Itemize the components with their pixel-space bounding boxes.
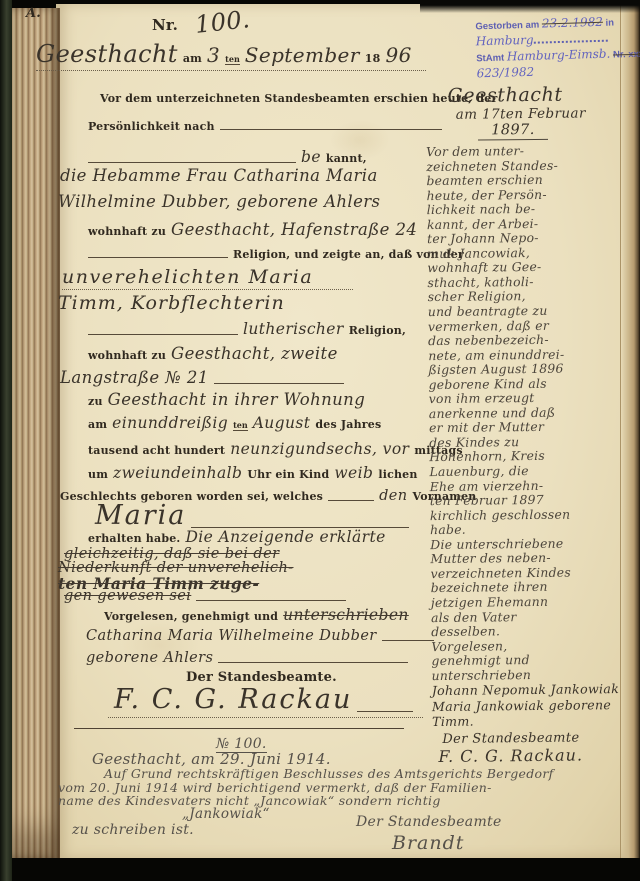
mother-signature-2: Timm. [432, 712, 638, 730]
blank-rule [357, 709, 413, 712]
hand-text: unverehelichten Maria [62, 266, 313, 288]
stamp-nr-label: Nr. xxx [613, 49, 640, 61]
hand-text: Wilhelmine Dubber, geborene Ahlers [58, 192, 380, 211]
addendum-text: zu schreiben ist. [72, 822, 194, 838]
mother-signature: Maria Jankowiak geborene [432, 697, 638, 715]
form-line-12: Langstraße № 21 [60, 368, 344, 387]
form-line-16: um zweiundeinhalb Uhr ein Kind weib lich… [88, 464, 418, 482]
hand-text: einunddreißig [112, 414, 228, 432]
addendum-official-label: Der Standesbeamte [356, 814, 502, 830]
blank-rule [382, 638, 434, 641]
page-stack-edge [10, 8, 60, 858]
stamp-dotted-rule [533, 32, 607, 44]
hand-text: weib [334, 464, 373, 482]
print-text: des Jahres [315, 418, 381, 431]
record-number: Nr. 100. [152, 8, 250, 36]
hand-text: Geesthacht, zweite [171, 344, 338, 363]
blank-rule [88, 255, 228, 258]
print-text: tausend acht hundert [88, 444, 225, 457]
top-shadow [420, 0, 640, 13]
child-name: Maria [95, 500, 186, 531]
hand-text: Geesthacht, Hafenstraße 24 [171, 220, 417, 239]
form-line-18: Maria [95, 500, 409, 531]
section-mark: A. [26, 6, 41, 21]
dateline-century: 18 [365, 52, 381, 65]
hand-text: neunzigundsechs, vor [230, 440, 409, 458]
form-line-7: Religion, und zeigte an, daß von der [88, 248, 464, 261]
print-superscript: ten [233, 420, 248, 431]
form-line-23: gen gewesen sei [64, 588, 346, 604]
blank-rule [214, 381, 344, 384]
form-line-19: erhalten habe. Die Anzeigende erklärte [88, 528, 386, 546]
print-text: erhalten habe. [88, 532, 180, 545]
margin-registrar-signature: F. C. G. Rackau. [438, 745, 638, 766]
official-label-line: Der Standesbeamte. [186, 670, 337, 685]
blank-rule [88, 160, 296, 163]
form-line-5: Wilhelmine Dubber, geborene Ahlers [58, 192, 380, 211]
form-line-11: wohnhaft zu Geesthacht, zweite [88, 344, 338, 363]
corrected-surname: „Jankowiak“ [182, 806, 270, 822]
stamp-line-3: StAmt Hamburg-Eimsb. Nr. xxx 623/1982 [476, 46, 640, 83]
addendum-signature: Brandt [392, 832, 464, 854]
struck-hand-text: gen gewesen sei [64, 588, 191, 604]
registrar-signature: F. C. G. Rackau [114, 684, 352, 715]
dateline-day-suffix: ten [225, 54, 240, 65]
margin-body: Vor dem unter-zeichneten Standes-beamten… [426, 143, 638, 683]
father-signature: Johann Nepomuk Jankowiak [432, 681, 638, 699]
margin-date: am 17ten Februar [456, 105, 632, 123]
hand-text: unterschrieben [283, 606, 409, 624]
dateline-am: am [183, 52, 202, 65]
hand-text: Timm, Korbflechterin [58, 292, 285, 314]
form-line-25: Catharina Maria Wilhelmeine Dubber [86, 628, 434, 644]
addendum-line-4: „Jankowiak“ [182, 806, 270, 822]
declarant-signature: Catharina Maria Wilhelmeine Dubber [86, 628, 377, 644]
stamp-label-gestorben: Gestorben am [475, 20, 539, 33]
form-line-9: Timm, Korbflechterin [58, 292, 285, 314]
print-text: um [88, 468, 108, 481]
hand-text: Geesthacht in ihrer Wohnung [108, 390, 366, 409]
print-text: wohnhaft zu [88, 225, 166, 238]
form-line-24: Vorgelesen, genehmigt und unterschrieben [104, 606, 409, 624]
addendum-line-1: Auf Grund rechtskräftigen Beschlusses de… [104, 766, 554, 781]
corner-mark: A. [26, 6, 41, 21]
dateline-place: Geesthacht [36, 40, 178, 68]
book-binding [0, 0, 12, 881]
form-line-3: be kannt, [88, 148, 367, 166]
form-line-6: wohnhaft zu Geesthacht, Hafenstraße 24 [88, 220, 417, 239]
margin-note-1897: Geesthacht am 17ten Februar 1897. Vor de… [425, 83, 638, 766]
print-text: wohnhaft zu [88, 349, 166, 362]
form-line-4: die Hebamme Frau Catharina Maria [60, 166, 378, 185]
print-text: zu [88, 395, 103, 408]
print-text: Uhr ein Kind [247, 468, 329, 481]
addendum-text: Auf Grund rechtskräftigen Beschlusses de… [104, 766, 554, 781]
stamp-register-number: 623/1982 [476, 65, 534, 81]
form-line-26: geborene Ahlers [86, 650, 408, 666]
book-scan: { "header": { "corner_mark": "A.", "nr_l… [0, 0, 640, 881]
nr-label: Nr. [152, 16, 178, 34]
hand-text: August [253, 414, 311, 432]
divider-rule [74, 728, 404, 729]
form-line-2: Persönlichkeit nach [88, 120, 442, 133]
dateline-day: 3 [207, 43, 220, 67]
hand-text: lutherischer [243, 320, 344, 338]
stamp-label-stamt: StAmt [476, 53, 504, 65]
print-text: Vorgelesen, genehmigt und [104, 610, 278, 623]
print-text: am [88, 418, 107, 431]
stamp-death-date: 23.2.1982 [542, 15, 603, 31]
form-line-13: zu Geesthacht in ihrer Wohnung [88, 390, 365, 409]
addendum-official-line: Der Standesbeamte [356, 814, 502, 830]
print-text: Persönlichkeit nach [88, 120, 215, 133]
margin-year: 1897. [478, 122, 548, 141]
nr-value: 100. [194, 5, 252, 39]
stamp-death-place: Hamburg [476, 33, 534, 49]
official-label: Der Standesbeamte. [186, 670, 337, 685]
form-line-14: am einunddreißig ten August des Jahres [88, 414, 381, 432]
hand-text: be [301, 148, 321, 166]
registrar-signature-line: F. C. G. Rackau [108, 684, 423, 718]
form-line-8: unverehelichten Maria [62, 266, 353, 290]
addendum-line-5: zu schreiben ist. [72, 822, 194, 838]
print-text: kannt, [326, 152, 367, 165]
margin-place: Geesthacht [447, 83, 631, 107]
addendum-signature-line: Brandt [392, 832, 464, 854]
hand-text: Die Anzeigende erklärte [185, 528, 385, 546]
hand-text: Langstraße № 21 [60, 368, 209, 387]
blank-rule [196, 598, 346, 601]
blank-rule [220, 127, 442, 130]
declarant-signature-2: geborene Ahlers [86, 650, 213, 666]
stamp-office: Hamburg-Eimsb. [507, 47, 611, 64]
print-text: Religion, [349, 324, 406, 337]
print-text: lichen [378, 468, 417, 481]
blank-rule [218, 660, 408, 663]
hand-text: die Hebamme Frau Catharina Maria [60, 166, 378, 185]
hand-text: zweiundeinhalb [113, 464, 242, 482]
dateline: Geesthacht am 3 ten September 18 96 [36, 40, 426, 71]
form-line-15: tausend acht hundert neunzigundsechs, vo… [88, 440, 463, 458]
blank-rule [88, 332, 238, 335]
form-line-10: lutherischer Religion, [88, 320, 406, 338]
dateline-year: 96 [385, 43, 411, 67]
death-registration-stamp: Gestorben am 23.2.1982 in Hamburg StAmt … [475, 14, 640, 83]
stamp-label-in: in [605, 17, 614, 28]
dateline-month: September [245, 43, 360, 67]
